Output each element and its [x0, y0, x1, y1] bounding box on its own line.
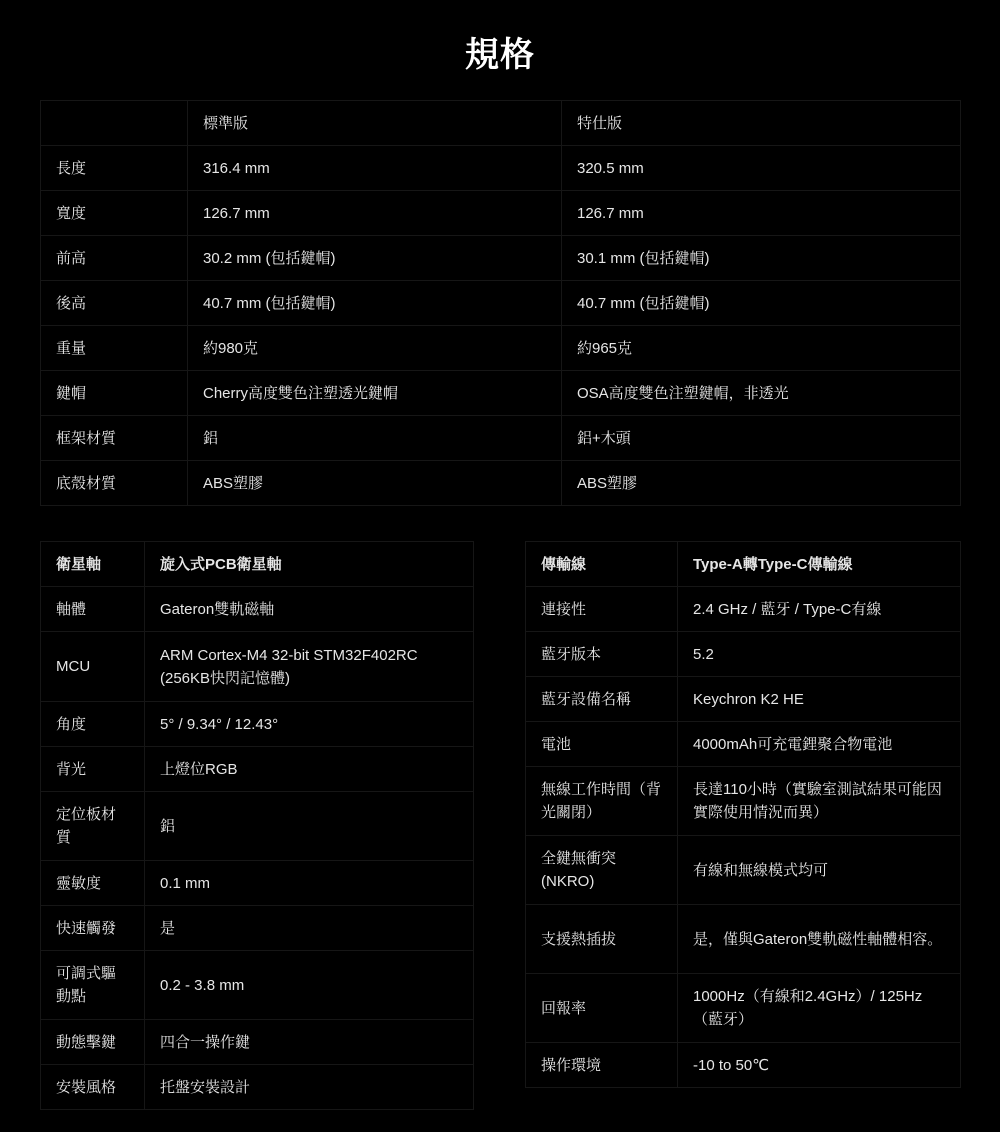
table-row: 底殼材質 ABS塑膠 ABS塑膠 [41, 461, 961, 506]
table-row: 安裝風格 托盤安裝設計 [41, 1065, 474, 1110]
row-label: 框架材質 [41, 416, 188, 461]
table-row: 前高 30.2 mm (包括鍵帽) 30.1 mm (包括鍵帽) [41, 236, 961, 281]
row-label: 衛星軸 [41, 542, 145, 587]
internals-spec-table: 衛星軸 旋入式PCB衛星軸 軸體 Gateron雙軌磁軸 MCU ARM Cor… [40, 541, 474, 1110]
dimensions-spec-table: 標準版 特仕版 長度 316.4 mm 320.5 mm 寬度 126.7 mm… [40, 100, 961, 506]
special-value: ABS塑膠 [562, 461, 961, 506]
row-value: Type-A轉Type-C傳輸線 [678, 542, 961, 587]
special-value: 30.1 mm (包括鍵帽) [562, 236, 961, 281]
row-label: 快速觸發 [41, 906, 145, 951]
header-empty-cell [41, 101, 188, 146]
row-label: 鍵帽 [41, 371, 188, 416]
row-value: 4000mAh可充電鋰聚合物電池 [678, 722, 961, 767]
table-row: 可調式驅動點 0.2 - 3.8 mm [41, 951, 474, 1020]
table-row: 藍牙設備名稱 Keychron K2 HE [526, 677, 961, 722]
row-value: 是 [145, 906, 474, 951]
row-value: 2.4 GHz / 藍牙 / Type-C有線 [678, 587, 961, 632]
header-special: 特仕版 [562, 101, 961, 146]
table-row: 寬度 126.7 mm 126.7 mm [41, 191, 961, 236]
row-label: 支援熱插拔 [526, 905, 678, 974]
row-value: 長達110小時（實驗室測試結果可能因實際使用情況而異） [678, 767, 961, 836]
row-value: 旋入式PCB衛星軸 [145, 542, 474, 587]
row-label: 動態擊鍵 [41, 1020, 145, 1065]
row-label: 藍牙設備名稱 [526, 677, 678, 722]
row-value: 5.2 [678, 632, 961, 677]
row-value: -10 to 50℃ [678, 1043, 961, 1088]
standard-value: ABS塑膠 [188, 461, 562, 506]
table-row: 全鍵無衝突 (NKRO) 有線和無線模式均可 [526, 836, 961, 905]
row-label: 操作環境 [526, 1043, 678, 1088]
standard-value: Cherry高度雙色注塑透光鍵帽 [188, 371, 562, 416]
page-title: 規格 [0, 30, 1000, 80]
row-value: 上燈位RGB [145, 747, 474, 792]
row-value: 是，僅與Gateron雙軌磁性軸體相容。 [678, 905, 961, 974]
row-label: 安裝風格 [41, 1065, 145, 1110]
row-label: 後高 [41, 281, 188, 326]
special-value: 320.5 mm [562, 146, 961, 191]
standard-value: 30.2 mm (包括鍵帽) [188, 236, 562, 281]
special-value: 40.7 mm (包括鍵帽) [562, 281, 961, 326]
row-value: Gateron雙軌磁軸 [145, 587, 474, 632]
special-value: 鋁+木頭 [562, 416, 961, 461]
standard-value: 126.7 mm [188, 191, 562, 236]
table-row: 衛星軸 旋入式PCB衛星軸 [41, 542, 474, 587]
table-row: 動態擊鍵 四合一操作鍵 [41, 1020, 474, 1065]
special-value: OSA高度雙色注塑鍵帽，非透光 [562, 371, 961, 416]
row-label: 長度 [41, 146, 188, 191]
table-row: 快速觸發 是 [41, 906, 474, 951]
special-value: 約965克 [562, 326, 961, 371]
table-row: MCU ARM Cortex-M4 32-bit STM32F402RC (25… [41, 632, 474, 702]
table-row: 定位板材質 鋁 [41, 792, 474, 861]
row-label: MCU [41, 632, 145, 702]
table-row: 支援熱插拔 是，僅與Gateron雙軌磁性軸體相容。 [526, 905, 961, 974]
table-row: 後高 40.7 mm (包括鍵帽) 40.7 mm (包括鍵帽) [41, 281, 961, 326]
table-row: 靈敏度 0.1 mm [41, 861, 474, 906]
row-label: 軸體 [41, 587, 145, 632]
row-label: 無線工作時間（背光關閉） [526, 767, 678, 836]
row-value: 鋁 [145, 792, 474, 861]
table-row: 回報率 1000Hz（有線和2.4GHz）/ 125Hz（藍牙） [526, 974, 961, 1043]
connectivity-spec-table: 傳輸線 Type-A轉Type-C傳輸線 連接性 2.4 GHz / 藍牙 / … [525, 541, 961, 1088]
row-value: 四合一操作鍵 [145, 1020, 474, 1065]
row-label: 背光 [41, 747, 145, 792]
row-label: 連接性 [526, 587, 678, 632]
row-label: 底殼材質 [41, 461, 188, 506]
table-row: 框架材質 鋁 鋁+木頭 [41, 416, 961, 461]
row-label: 寬度 [41, 191, 188, 236]
table-row: 傳輸線 Type-A轉Type-C傳輸線 [526, 542, 961, 587]
row-label: 回報率 [526, 974, 678, 1043]
row-value: 0.1 mm [145, 861, 474, 906]
row-label: 靈敏度 [41, 861, 145, 906]
table-row: 長度 316.4 mm 320.5 mm [41, 146, 961, 191]
row-label: 前高 [41, 236, 188, 281]
table-row: 無線工作時間（背光關閉） 長達110小時（實驗室測試結果可能因實際使用情況而異） [526, 767, 961, 836]
standard-value: 316.4 mm [188, 146, 562, 191]
table-row: 角度 5° / 9.34° / 12.43° [41, 702, 474, 747]
table-row: 藍牙版本 5.2 [526, 632, 961, 677]
row-value: ARM Cortex-M4 32-bit STM32F402RC (256KB快… [145, 632, 474, 702]
row-label: 重量 [41, 326, 188, 371]
row-value: 5° / 9.34° / 12.43° [145, 702, 474, 747]
row-label: 傳輸線 [526, 542, 678, 587]
table-row: 軸體 Gateron雙軌磁軸 [41, 587, 474, 632]
table-row: 連接性 2.4 GHz / 藍牙 / Type-C有線 [526, 587, 961, 632]
row-value: Keychron K2 HE [678, 677, 961, 722]
row-value: 0.2 - 3.8 mm [145, 951, 474, 1020]
row-label: 可調式驅動點 [41, 951, 145, 1020]
table-row: 背光 上燈位RGB [41, 747, 474, 792]
table-row: 電池 4000mAh可充電鋰聚合物電池 [526, 722, 961, 767]
row-value: 托盤安裝設計 [145, 1065, 474, 1110]
row-label: 定位板材質 [41, 792, 145, 861]
standard-value: 約980克 [188, 326, 562, 371]
table-row: 重量 約980克 約965克 [41, 326, 961, 371]
row-label: 電池 [526, 722, 678, 767]
table-row: 操作環境 -10 to 50℃ [526, 1043, 961, 1088]
row-value: 1000Hz（有線和2.4GHz）/ 125Hz（藍牙） [678, 974, 961, 1043]
standard-value: 鋁 [188, 416, 562, 461]
special-value: 126.7 mm [562, 191, 961, 236]
table-header-row: 標準版 特仕版 [41, 101, 961, 146]
row-label: 角度 [41, 702, 145, 747]
row-label: 藍牙版本 [526, 632, 678, 677]
row-value: 有線和無線模式均可 [678, 836, 961, 905]
standard-value: 40.7 mm (包括鍵帽) [188, 281, 562, 326]
row-label: 全鍵無衝突 (NKRO) [526, 836, 678, 905]
header-standard: 標準版 [188, 101, 562, 146]
table-row: 鍵帽 Cherry高度雙色注塑透光鍵帽 OSA高度雙色注塑鍵帽，非透光 [41, 371, 961, 416]
